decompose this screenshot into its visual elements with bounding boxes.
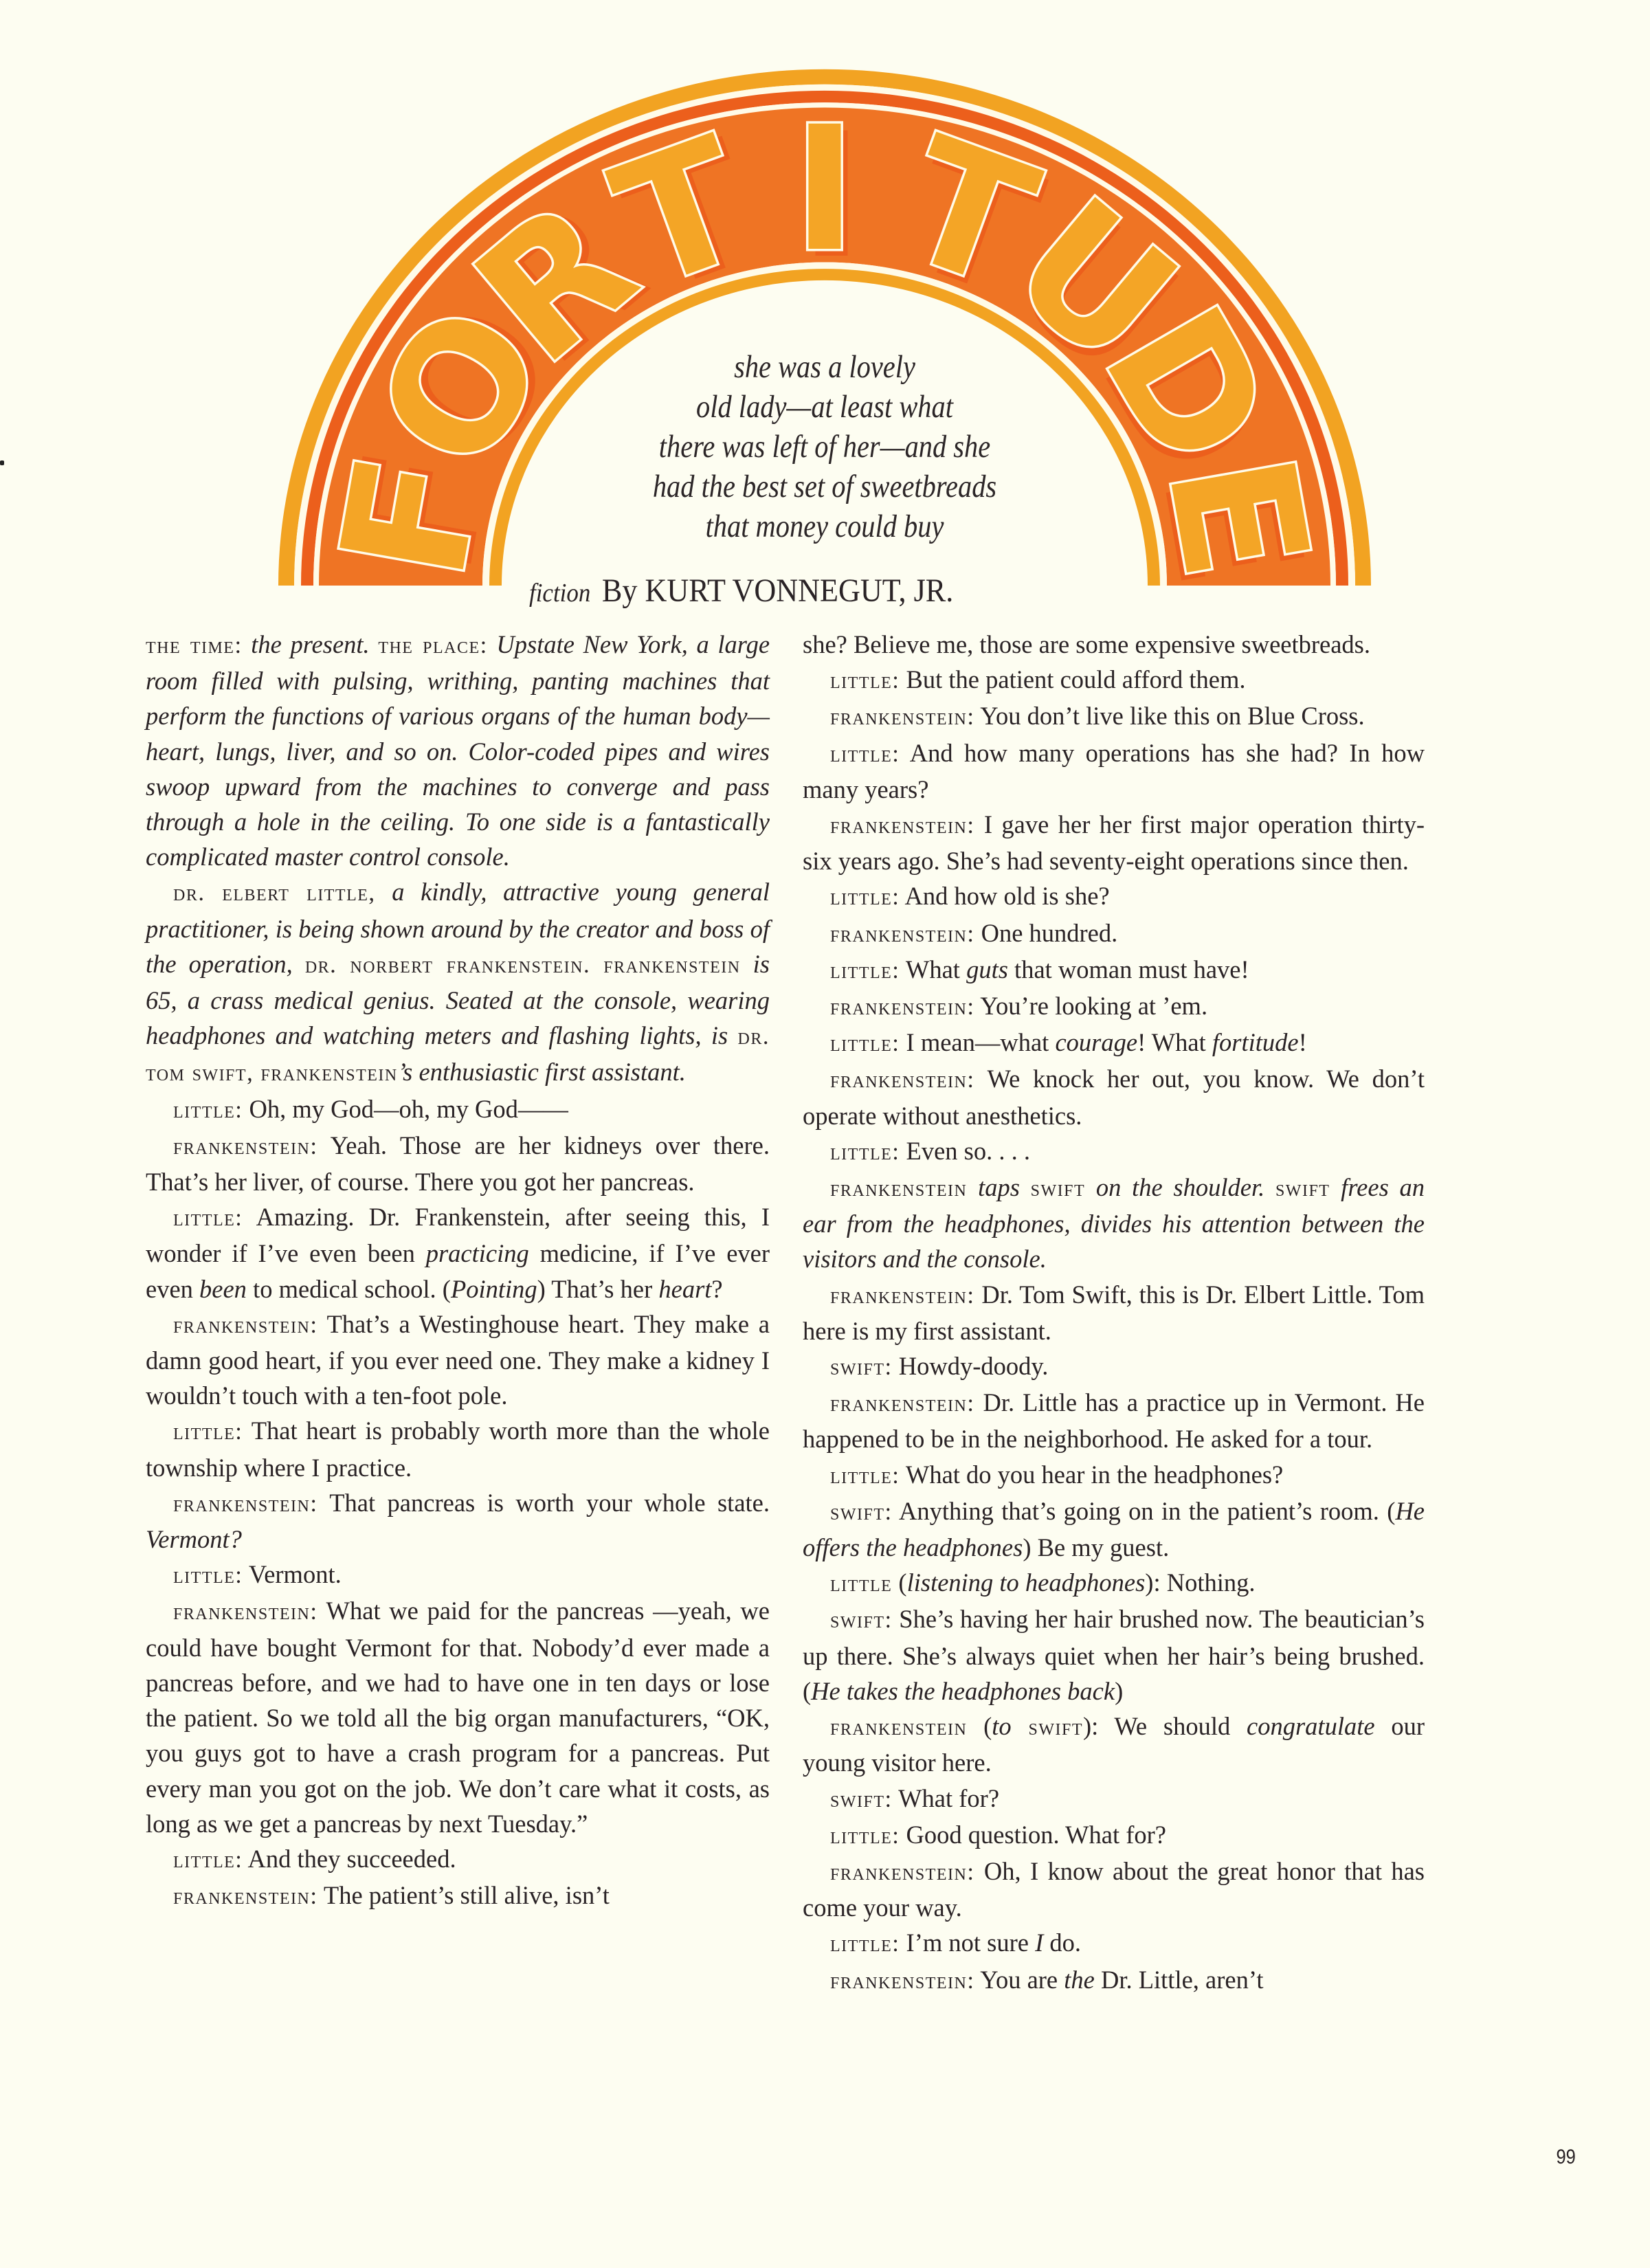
body-text: And how old is she? — [900, 882, 1109, 910]
dialogue-line: LITTLE: What do you hear in the headphon… — [803, 1457, 1425, 1493]
speaker-name: LITTLE: — [173, 1847, 243, 1873]
speaker-name: LITTLE: — [830, 741, 900, 767]
speaker-name: LITTLE: — [173, 1562, 243, 1588]
page-number: 99 — [1557, 2146, 1576, 2169]
body-text: Vermont. — [243, 1560, 341, 1588]
dialogue-line: LITTLE: Good question. What for? — [803, 1817, 1425, 1854]
speaker-name: SWIFT: — [830, 1354, 893, 1380]
speaker-name: LITTLE: — [830, 957, 900, 983]
deck-line: there was left of her—and she — [529, 427, 1120, 467]
speaker-name: SWIFT — [1031, 1175, 1086, 1201]
italic-text: Pointing — [451, 1275, 537, 1303]
body-text: But the patient could afford them. — [900, 665, 1245, 693]
speaker-name: FRANKENSTEIN: — [830, 921, 974, 947]
speaker-name: LITTLE: — [173, 1097, 243, 1123]
italic-text: congratulate — [1247, 1712, 1375, 1740]
deck-line: she was a lovely — [529, 347, 1120, 387]
body-text: The patient’s still alive, isn’t — [317, 1881, 609, 1909]
italic-text: on the shoulder. — [1085, 1173, 1275, 1201]
dialogue-line: FRANKENSTEIN: You don’t live like this o… — [803, 698, 1425, 735]
italic-text: He takes the headphones back — [811, 1677, 1115, 1705]
speaker-name: LITTLE: — [830, 1030, 900, 1056]
dialogue-line: LITTLE: What guts that woman must have! — [803, 952, 1425, 988]
italic-text: Vermont? — [146, 1525, 242, 1553]
dialogue-line: FRANKENSTEIN: The patient’s still alive,… — [146, 1878, 770, 1914]
dialogue-line: LITTLE: Even so. . . . — [803, 1133, 1425, 1170]
body-text: I mean—what — [900, 1028, 1055, 1056]
body-text: she? Believe me, those are some expensiv… — [803, 630, 1370, 658]
svg-text:I: I — [792, 89, 856, 289]
speaker-name: FRANKENSTEIN: — [830, 1282, 974, 1309]
body-text: ): Nothing. — [1145, 1568, 1255, 1597]
body-text: Oh, my God—oh, my God—— — [243, 1095, 568, 1123]
dialogue-line: LITTLE: But the patient could afford the… — [803, 662, 1425, 698]
speaker-name: FRANKENSTEIN: — [830, 1067, 974, 1093]
speaker-name: LITTLE: — [830, 1139, 900, 1165]
speaker-name: THE TIME: — [146, 632, 243, 658]
body-text: ! — [1299, 1028, 1307, 1056]
speaker-name: LITTLE: — [830, 667, 900, 693]
body-text: What for? — [893, 1784, 999, 1812]
dialogue-line: FRANKENSTEIN: Oh, I know about the great… — [803, 1854, 1425, 1925]
body-text: Good question. What for? — [900, 1821, 1166, 1849]
body-text: ! What — [1137, 1028, 1212, 1056]
stage-direction: THE TIME: the present. THE PLACE: Upstat… — [146, 627, 770, 874]
italic-text: Upstate New York, a large room filled wi… — [146, 630, 770, 871]
body-text: ( — [892, 1568, 906, 1597]
italic-text: practicing — [426, 1239, 529, 1267]
body-text: Howdy-doody. — [893, 1352, 1049, 1380]
speaker-name: FRANKENSTEIN: — [173, 1133, 317, 1159]
speaker-name: LITTLE: — [830, 1463, 900, 1489]
body-text: Anything that’s going on in the patient’… — [893, 1497, 1396, 1525]
dialogue-line: SWIFT: What for? — [803, 1781, 1425, 1817]
italic-text: been — [199, 1275, 247, 1303]
italic-text: listening to headphones — [907, 1568, 1146, 1597]
italic-text: taps — [967, 1173, 1030, 1201]
byline: fiction By KURT VONNEGUT, JR. — [529, 572, 953, 610]
story-deck: she was a lovely old lady—at least what … — [529, 347, 1120, 546]
body-text: What we paid for the pancreas —yeah, we … — [146, 1597, 770, 1837]
speaker-name: DR. NORBERT FRANKENSTEIN. FRANKENSTEIN — [305, 952, 741, 978]
body-text: What — [900, 955, 966, 983]
text-column-right: she? Believe me, those are some expensiv… — [803, 627, 1425, 1999]
dialogue-line: LITTLE: And how many operations has she … — [803, 735, 1425, 807]
body-text: that woman must have! — [1008, 955, 1249, 983]
body-text: to medical school. ( — [247, 1275, 451, 1303]
body-text: One hundred. — [974, 919, 1117, 947]
speaker-name: FRANKENSTEIN: — [830, 994, 974, 1020]
speaker-name: FRANKENSTEIN: — [830, 1390, 974, 1416]
speaker-name: THE PLACE: — [378, 632, 487, 658]
italic-text: heart — [658, 1275, 711, 1303]
body-text: That pancreas is worth your whole state. — [317, 1489, 770, 1517]
dialogue-line: FRANKENSTEIN: What we paid for the pancr… — [146, 1593, 770, 1841]
scan-speck — [0, 460, 4, 465]
italic-text: the present. — [243, 630, 379, 658]
body-text: ) That’s her — [537, 1275, 659, 1303]
speaker-name: SWIFT: — [830, 1786, 893, 1812]
dialogue-line: LITTLE: And how old is she? — [803, 878, 1425, 915]
dialogue-line: LITTLE: Amazing. Dr. Frankenstein, after… — [146, 1199, 770, 1307]
speaker-name: LITTLE: — [830, 1931, 900, 1957]
deck-line: had the best set of sweetbreads — [529, 467, 1120, 507]
italic-text: to — [992, 1712, 1011, 1740]
body-text: You don’t live like this on Blue Cross. — [974, 702, 1364, 730]
italic-text: courage — [1055, 1028, 1137, 1056]
dialogue-line: LITTLE: Vermont. — [146, 1557, 770, 1593]
dialogue-line: FRANKENSTEIN (to SWIFT): We should congr… — [803, 1709, 1425, 1780]
dialogue-line: FRANKENSTEIN: You’re looking at ’em. — [803, 988, 1425, 1025]
body-text: ) — [1115, 1677, 1123, 1705]
dialogue-line: FRANKENSTEIN: That’s a Westinghouse hear… — [146, 1307, 770, 1414]
body-text: ): We should — [1083, 1712, 1247, 1740]
dialogue-line: FRANKENSTEIN: One hundred. — [803, 915, 1425, 952]
body-text: You are — [974, 1966, 1064, 1994]
stage-direction: FRANKENSTEIN taps SWIFT on the shoulder.… — [803, 1170, 1425, 1277]
speaker-name: FRANKENSTEIN: — [830, 1968, 974, 1994]
title-letter: II — [792, 89, 863, 296]
dialogue-line: LITTLE: And they succeeded. — [146, 1841, 770, 1878]
body-text: ( — [967, 1712, 992, 1740]
speaker-name: DR. ELBERT LITTLE, — [173, 880, 376, 906]
italic-text: ’s enthusiastic first assistant. — [398, 1058, 686, 1086]
dialogue-line: FRANKENSTEIN: Yeah. Those are her kidney… — [146, 1128, 770, 1199]
body-text: ? — [711, 1275, 722, 1303]
dialogue-line: FRANKENSTEIN: I gave her her first major… — [803, 807, 1425, 878]
speaker-name: LITTLE — [830, 1570, 892, 1597]
italic-text: the — [1064, 1966, 1095, 1994]
speaker-name: SWIFT: — [830, 1499, 893, 1525]
deck-line: that money could buy — [529, 507, 1120, 546]
body-text: What do you hear in the headphones? — [900, 1460, 1283, 1489]
speaker-name: SWIFT: — [830, 1607, 893, 1633]
dialogue-line: FRANKENSTEIN: You are the Dr. Little, ar… — [803, 1962, 1425, 1999]
speaker-name: FRANKENSTEIN — [830, 1175, 967, 1201]
dialogue-line: SWIFT: She’s having her hair brushed now… — [803, 1601, 1425, 1709]
dialogue-line: FRANKENSTEIN: Dr. Tom Swift, this is Dr.… — [803, 1277, 1425, 1348]
stage-direction: DR. ELBERT LITTLE, a kindly, attractive … — [146, 874, 770, 1091]
dialogue-line: LITTLE (listening to headphones): Nothin… — [803, 1565, 1425, 1601]
dialogue-line: FRANKENSTEIN: Dr. Little has a practice … — [803, 1385, 1425, 1456]
dialogue-line: she? Believe me, those are some expensiv… — [803, 627, 1425, 662]
speaker-name: FRANKENSTEIN — [830, 1714, 967, 1740]
dialogue-line: SWIFT: Anything that’s going on in the p… — [803, 1493, 1425, 1565]
dialogue-line: SWIFT: Howdy-doody. — [803, 1348, 1425, 1385]
speaker-name: LITTLE: — [173, 1205, 243, 1231]
dialogue-line: LITTLE: I’m not sure I do. — [803, 1925, 1425, 1961]
body-text: You’re looking at ’em. — [974, 992, 1207, 1020]
body-text: And they succeeded. — [243, 1845, 456, 1873]
text-column-left: THE TIME: the present. THE PLACE: Upstat… — [146, 627, 770, 1914]
dialogue-line: FRANKENSTEIN: We knock her out, you know… — [803, 1061, 1425, 1133]
speaker-name: LITTLE: — [830, 1823, 900, 1849]
deck-line: old lady—at least what — [529, 387, 1120, 427]
speaker-name: FRANKENSTEIN: — [173, 1312, 317, 1338]
italic-text: I — [1035, 1928, 1043, 1957]
body-text: I’m not sure — [900, 1928, 1035, 1957]
dialogue-line: LITTLE: I mean—what courage! What fortit… — [803, 1025, 1425, 1061]
speaker-name: FRANKENSTEIN: — [173, 1883, 317, 1909]
speaker-name: SWIFT — [1012, 1714, 1083, 1740]
speaker-name: FRANKENSTEIN: — [830, 812, 974, 838]
speaker-name: LITTLE: — [830, 884, 900, 910]
author-credit: By KURT VONNEGUT, JR. — [602, 572, 953, 609]
body-text: ) Be my guest. — [1023, 1533, 1169, 1561]
speaker-name: LITTLE: — [173, 1419, 243, 1445]
body-text: do. — [1043, 1928, 1081, 1957]
dialogue-line: LITTLE: Oh, my God—oh, my God—— — [146, 1091, 770, 1128]
speaker-name: FRANKENSTEIN: — [173, 1491, 317, 1517]
speaker-name: FRANKENSTEIN: — [173, 1599, 317, 1625]
body-text: Even so. . . . — [900, 1137, 1030, 1165]
dialogue-line: LITTLE: That heart is probably worth mor… — [146, 1413, 770, 1485]
section-label: fiction — [529, 579, 590, 608]
italic-text: fortitude — [1212, 1028, 1299, 1056]
speaker-name: SWIFT — [1275, 1175, 1330, 1201]
italic-text: guts — [966, 955, 1008, 983]
speaker-name: FRANKENSTEIN: — [830, 1859, 974, 1885]
dialogue-line: FRANKENSTEIN: That pancreas is worth you… — [146, 1485, 770, 1557]
speaker-name: FRANKENSTEIN: — [830, 704, 974, 730]
body-text: Dr. Little, aren’t — [1095, 1966, 1264, 1994]
